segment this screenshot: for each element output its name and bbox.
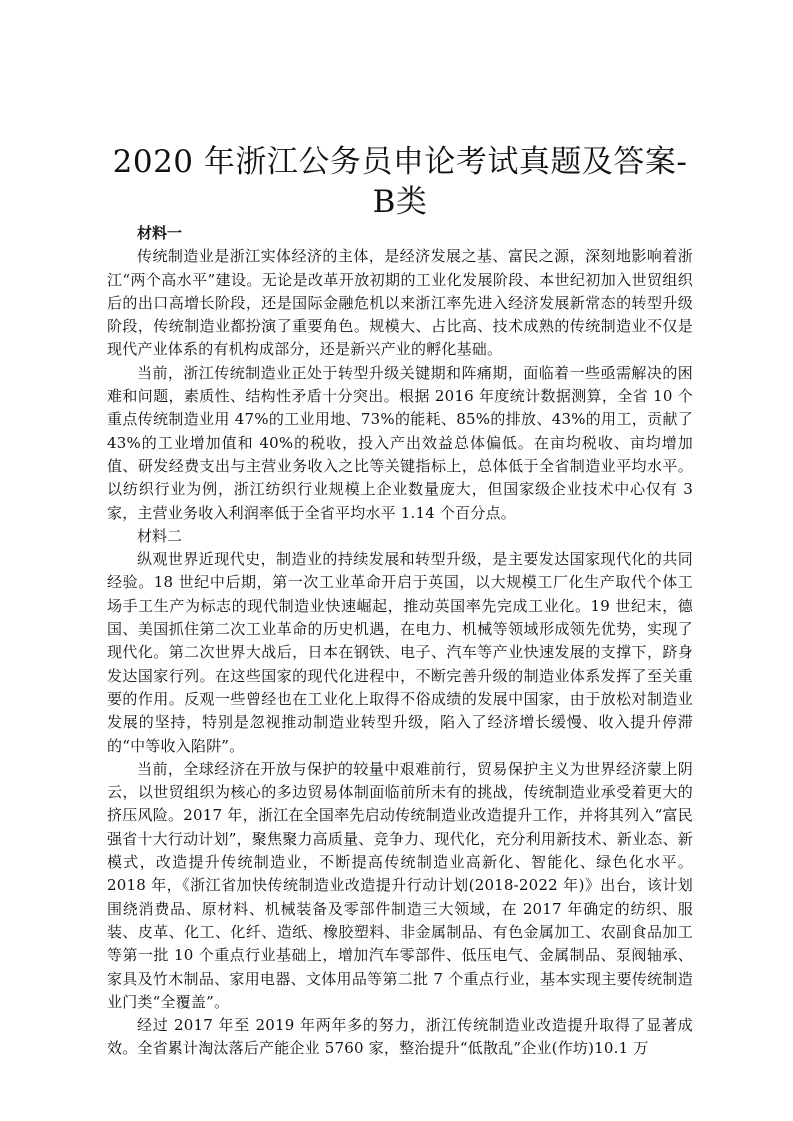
document-page: 2020 年浙江公务员申论考试真题及答案-B类 材料一 传统制造业是浙江实体经济…: [107, 142, 693, 1061]
section-heading: 材料一: [107, 222, 693, 245]
paragraph: 传统制造业是浙江实体经济的主体，是经济发展之基、富民之源，深刻地影响着浙江“两个…: [107, 245, 693, 361]
section-material-two: 材料二 纵观世界近现代史，制造业的持续发展和转型升级，是主要发达国家现代化的共同…: [107, 525, 693, 1061]
paragraph: 纵观世界近现代史，制造业的持续发展和转型升级，是主要发达国家现代化的共同经验。1…: [107, 548, 693, 758]
paragraph: 经过 2017 年至 2019 年两年多的努力，浙江传统制造业改造提升取得了显著…: [107, 1014, 693, 1061]
paragraph: 当前，全球经济在开放与保护的较量中艰难前行，贸易保护主义为世界经济蒙上阴云，以世…: [107, 758, 693, 1014]
section-heading: 材料二: [107, 525, 693, 548]
paragraph: 当前，浙江传统制造业正处于转型升级关键期和阵痛期，面临着一些亟需解决的困难和问题…: [107, 362, 693, 525]
section-material-one: 材料一 传统制造业是浙江实体经济的主体，是经济发展之基、富民之源，深刻地影响着浙…: [107, 222, 693, 525]
document-title: 2020 年浙江公务员申论考试真题及答案-B类: [107, 142, 693, 222]
